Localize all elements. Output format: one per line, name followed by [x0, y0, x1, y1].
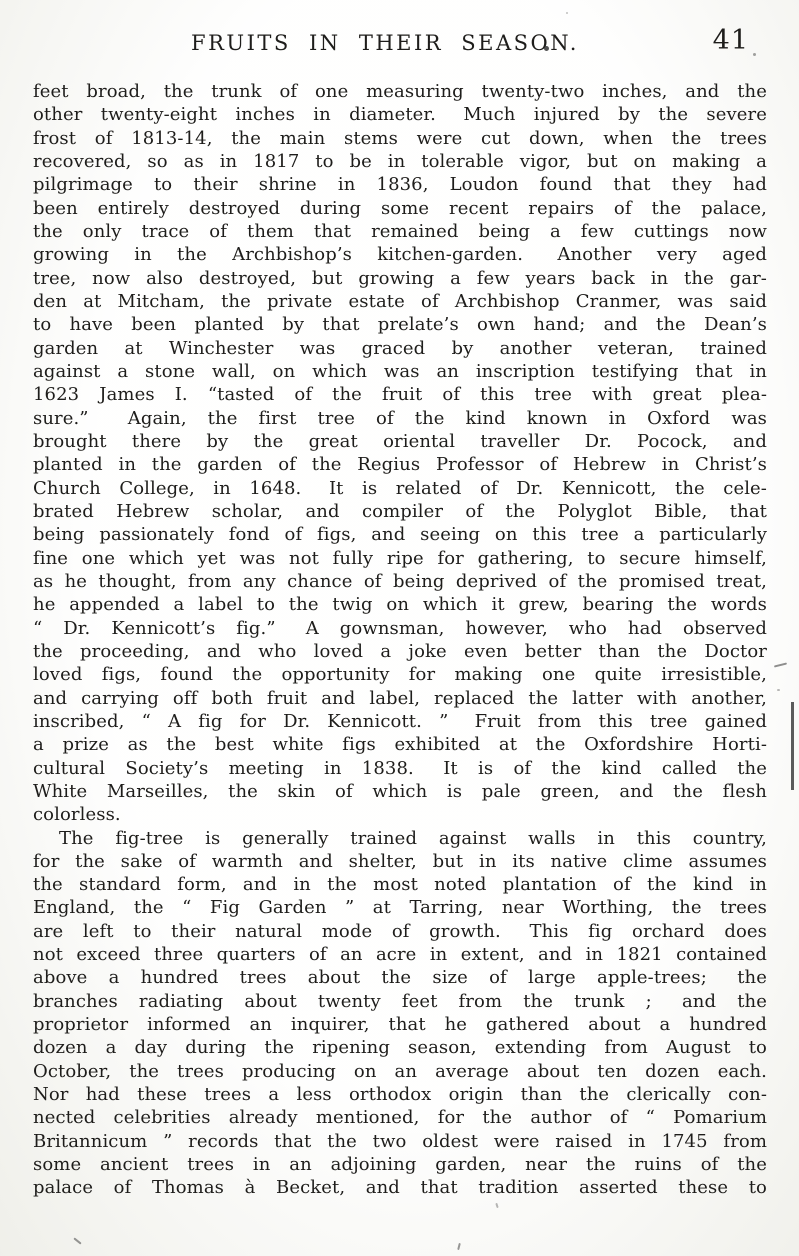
text-line: other twenty-eight inches in diameter. M… — [33, 103, 767, 126]
text-line: been entirely destroyed during some rece… — [33, 197, 767, 220]
text-line: frost of 1813-14, the main stems were cu… — [33, 127, 767, 150]
text-line: England, the “ Fig Garden ” at Tarring, … — [33, 896, 767, 919]
text-line: White Marseilles, the skin of which is p… — [33, 780, 767, 803]
text-line: are left to their natural mode of growth… — [33, 920, 767, 943]
page-number: 41 — [713, 25, 749, 56]
text-line: inscribed, “ A fig for Dr. Kennicott. ” … — [33, 710, 767, 733]
scan-speck — [774, 662, 787, 667]
text-line: the proceeding, and who loved a joke eve… — [33, 640, 767, 663]
text-line: palace of Thomas à Becket, and that trad… — [33, 1176, 767, 1199]
text-line: loved figs, found the opportunity for ma… — [33, 663, 767, 686]
text-line: fine one which yet was not fully ripe fo… — [33, 547, 767, 570]
text-line: The fig-tree is generally trained agains… — [33, 827, 767, 850]
text-line: above a hundred trees about the size of … — [33, 966, 767, 989]
text-line: as he thought, from any chance of being … — [33, 570, 767, 593]
text-line: planted in the garden of the Regius Prof… — [33, 453, 767, 476]
text-line: he appended a label to the twig on which… — [33, 593, 767, 616]
text-line: sure.” Again, the first tree of the kind… — [33, 407, 767, 430]
text-line: cultural Society’s meeting in 1838. It i… — [33, 757, 767, 780]
text-line: brought there by the great oriental trav… — [33, 430, 767, 453]
scan-edge-line — [791, 702, 794, 790]
scan-speck — [777, 689, 780, 691]
text-line: pilgrimage to their shrine in 1836, Loud… — [33, 173, 767, 196]
text-line: 1623 James I. “tasted of the fruit of th… — [33, 383, 767, 406]
text-line: garden at Winchester was graced by anoth… — [33, 337, 767, 360]
text-line: against a stone wall, on which was an in… — [33, 360, 767, 383]
text-line: to have been planted by that prelate’s o… — [33, 313, 767, 336]
scan-speck — [566, 12, 568, 14]
text-line: branches radiating about twenty feet fro… — [33, 990, 767, 1013]
text-line: proprietor informed an inquirer, that he… — [33, 1013, 767, 1036]
text-line: tree, now also destroyed, but growing a … — [33, 267, 767, 290]
text-line: not exceed three quarters of an acre in … — [33, 943, 767, 966]
page-text: feet broad, the trunk of one measuring t… — [33, 80, 767, 1206]
text-line: Britannicum ” records that the two oldes… — [33, 1130, 767, 1153]
scan-speck — [457, 1243, 461, 1250]
book-page: FRUITS IN THEIR SEASON. 41 feet broad, t… — [0, 0, 799, 1256]
text-line: colorless. — [33, 803, 767, 826]
text-line: nected celebrities already mentioned, fo… — [33, 1106, 767, 1129]
text-line: feet broad, the trunk of one measuring t… — [33, 80, 767, 103]
text-line: dozen a day during the ripening season, … — [33, 1036, 767, 1059]
text-line: a prize as the best white figs exhibited… — [33, 733, 767, 756]
scan-speck — [544, 46, 549, 51]
text-line: being passionately fond of figs, and see… — [33, 523, 767, 546]
text-line: the standard form, and in the most noted… — [33, 873, 767, 896]
text-line: Church College, in 1648. It is related o… — [33, 477, 767, 500]
running-header: FRUITS IN THEIR SEASON. — [18, 31, 752, 55]
text-line: October, the trees producing on an avera… — [33, 1060, 767, 1083]
text-line: some ancient trees in an adjoining garde… — [33, 1153, 767, 1176]
text-line: “ Dr. Kennicott’s fig.” A gownsman, howe… — [33, 617, 767, 640]
text-line: den at Mitcham, the private estate of Ar… — [33, 290, 767, 313]
text-line: brated Hebrew scholar, and compiler of t… — [33, 500, 767, 523]
text-line: Nor had these trees a less orthodox orig… — [33, 1083, 767, 1106]
text-line: for the sake of warmth and shelter, but … — [33, 850, 767, 873]
scan-speck — [753, 53, 756, 56]
text-line: recovered, so as in 1817 to be in tolera… — [33, 150, 767, 173]
text-line: the only trace of them that remained bei… — [33, 220, 767, 243]
text-line: growing in the Archbishop’s kitchen-gard… — [33, 243, 767, 266]
scan-speck — [73, 1237, 81, 1244]
text-line: and carrying off both fruit and label, r… — [33, 687, 767, 710]
